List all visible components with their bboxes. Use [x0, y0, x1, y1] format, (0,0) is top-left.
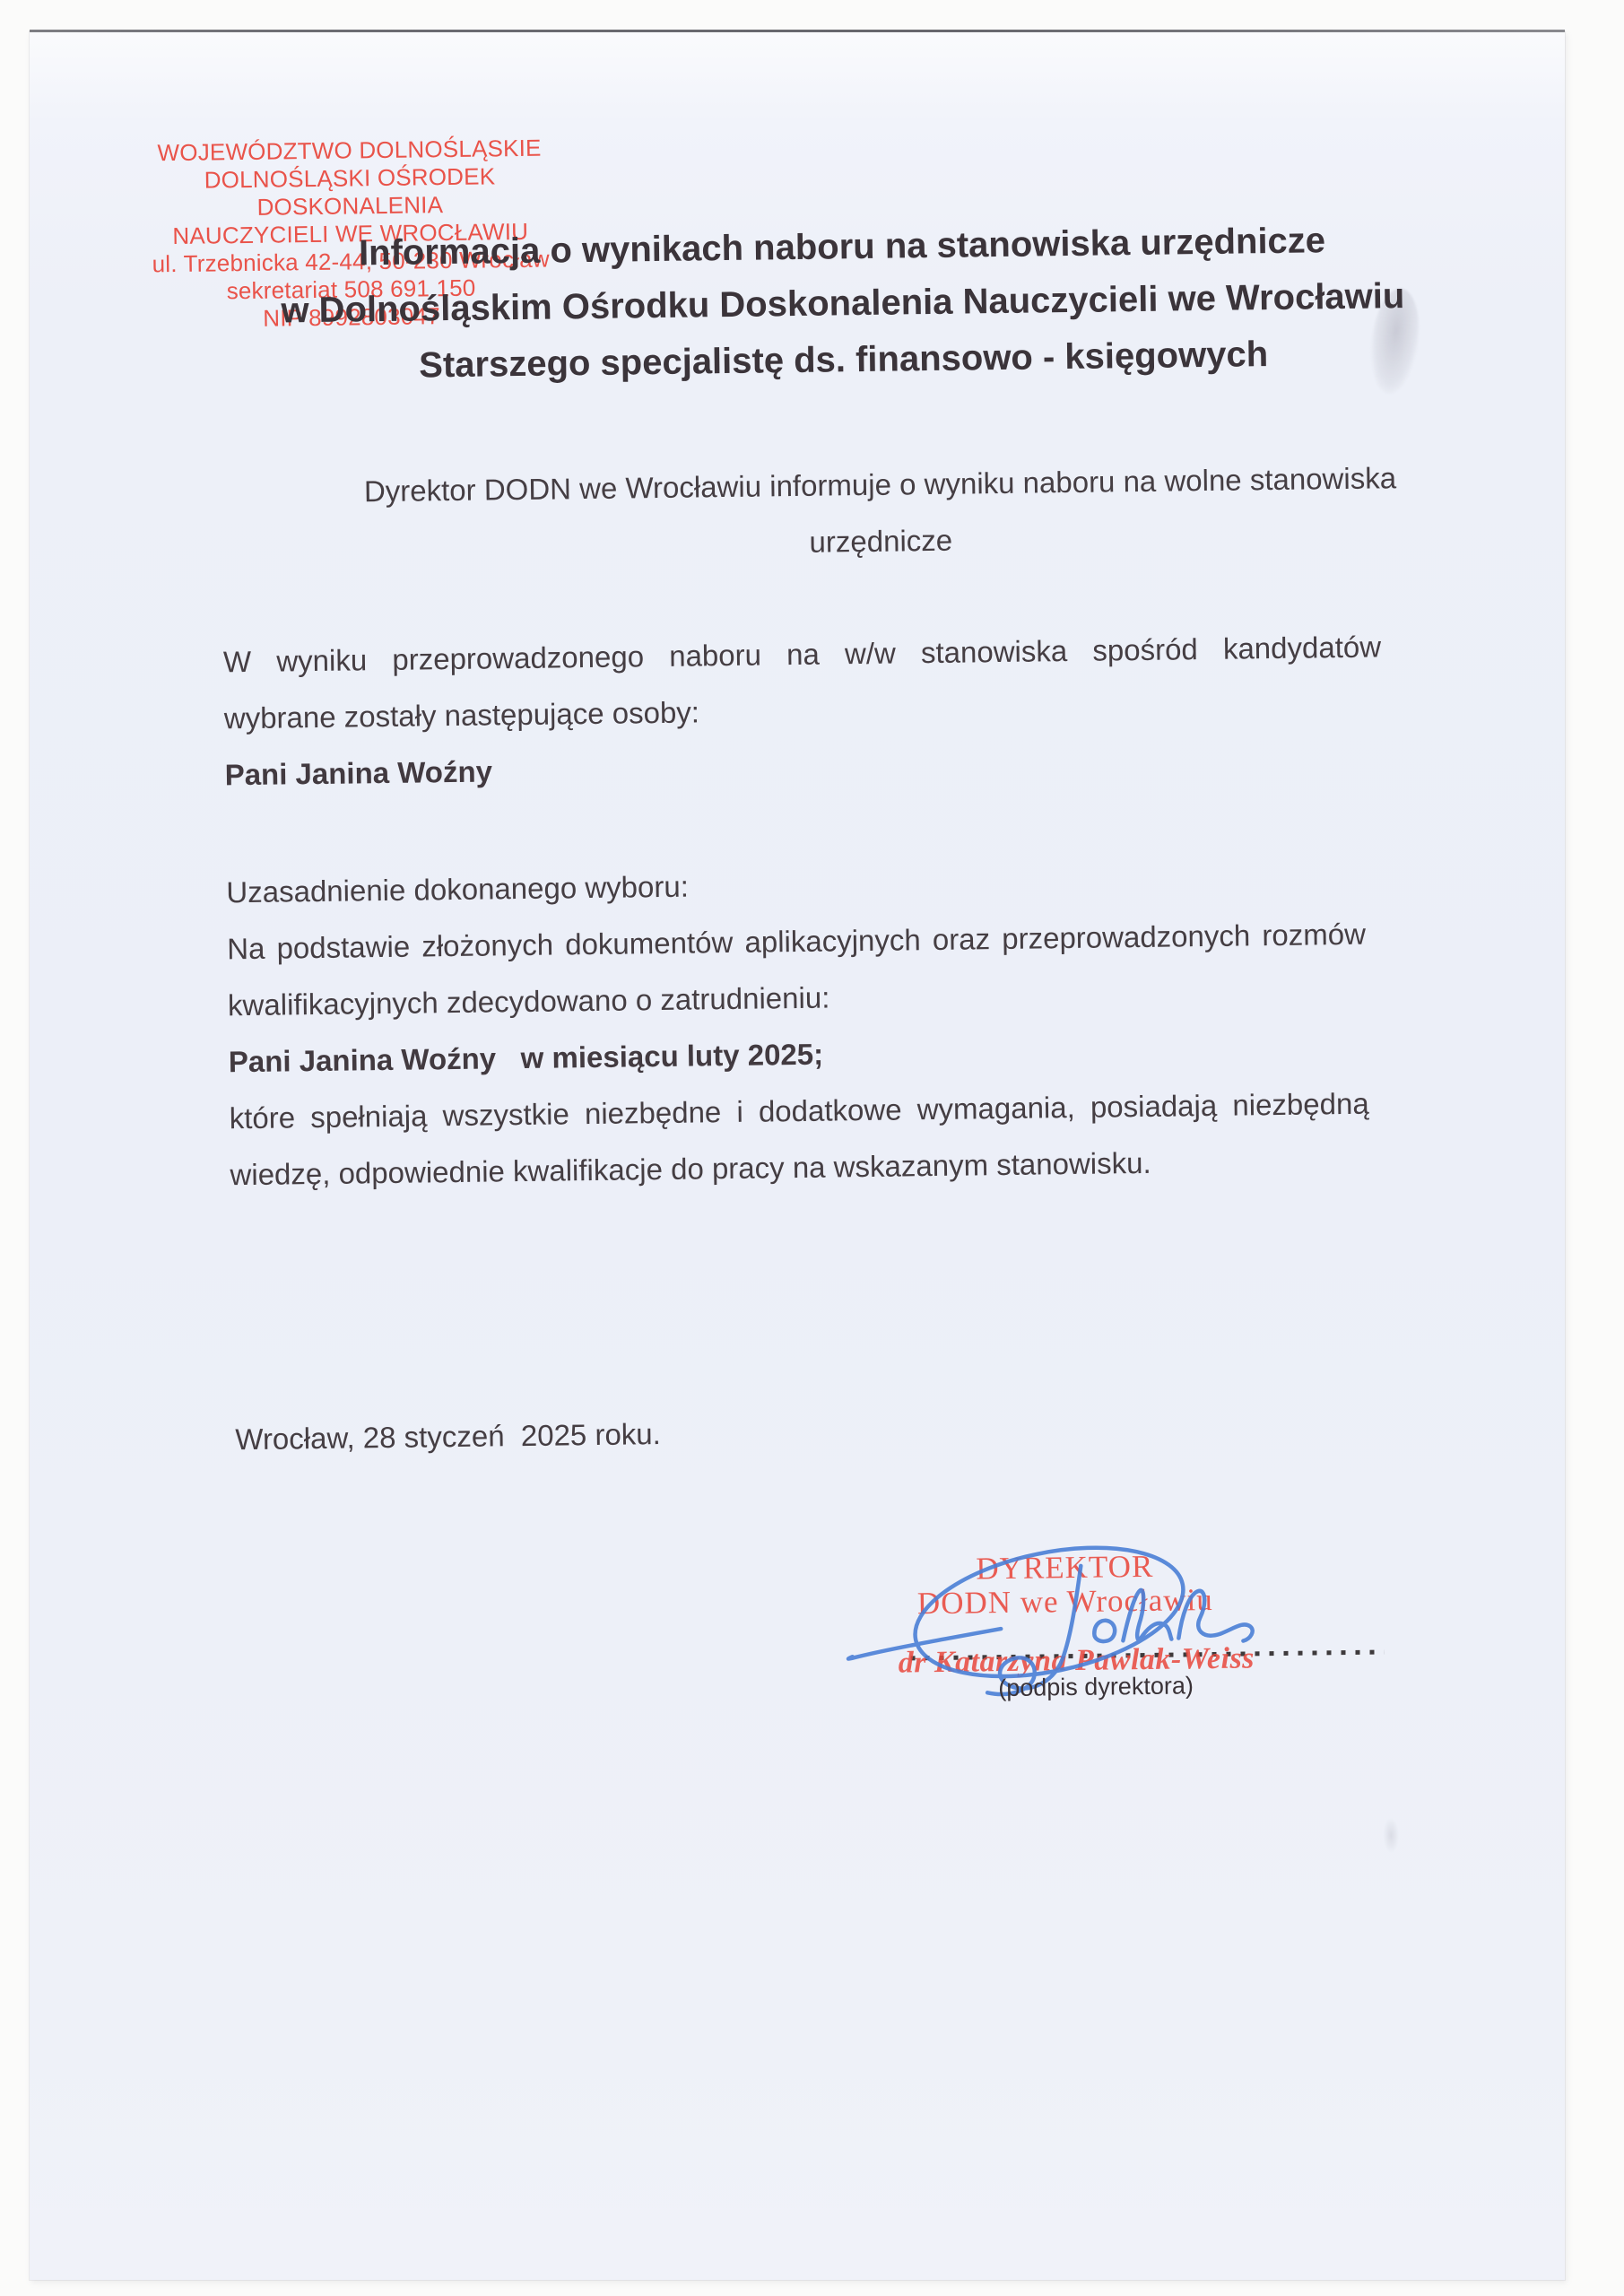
- scan-background: { "document": { "stamp": { "lines": [ "W…: [0, 0, 1624, 2296]
- scan-smudge-small: [1383, 1817, 1400, 1853]
- document-content: WOJEWÓDZTWO DOLNOŚLĄSKIE DOLNOŚLĄSKI OŚR…: [18, 22, 1583, 2290]
- stamp-line-org-1: DOLNOŚLĄSKI OŚRODEK DOSKONALENIA: [112, 161, 588, 223]
- selection-paragraph: W wyniku przeprowadzonego naboru na w/w …: [223, 617, 1464, 803]
- document-title: Informacja o wynikach naboru na stanowis…: [128, 210, 1558, 398]
- handwritten-signature: [796, 1473, 1356, 1749]
- place-and-date: Wrocław, 28 styczeń 2025 roku.: [235, 1414, 661, 1459]
- intro-paragraph: Dyrektor DODN we Wrocławiu informuje o w…: [239, 448, 1523, 578]
- scanned-page: WOJEWÓDZTWO DOLNOŚLĄSKIE DOLNOŚLĄSKI OŚR…: [30, 31, 1565, 2280]
- signature-caption: (podpis dyrektora): [961, 1672, 1230, 1703]
- justification-paragraph: Uzasadnienie dokonanego wyboru: Na podst…: [226, 848, 1470, 1203]
